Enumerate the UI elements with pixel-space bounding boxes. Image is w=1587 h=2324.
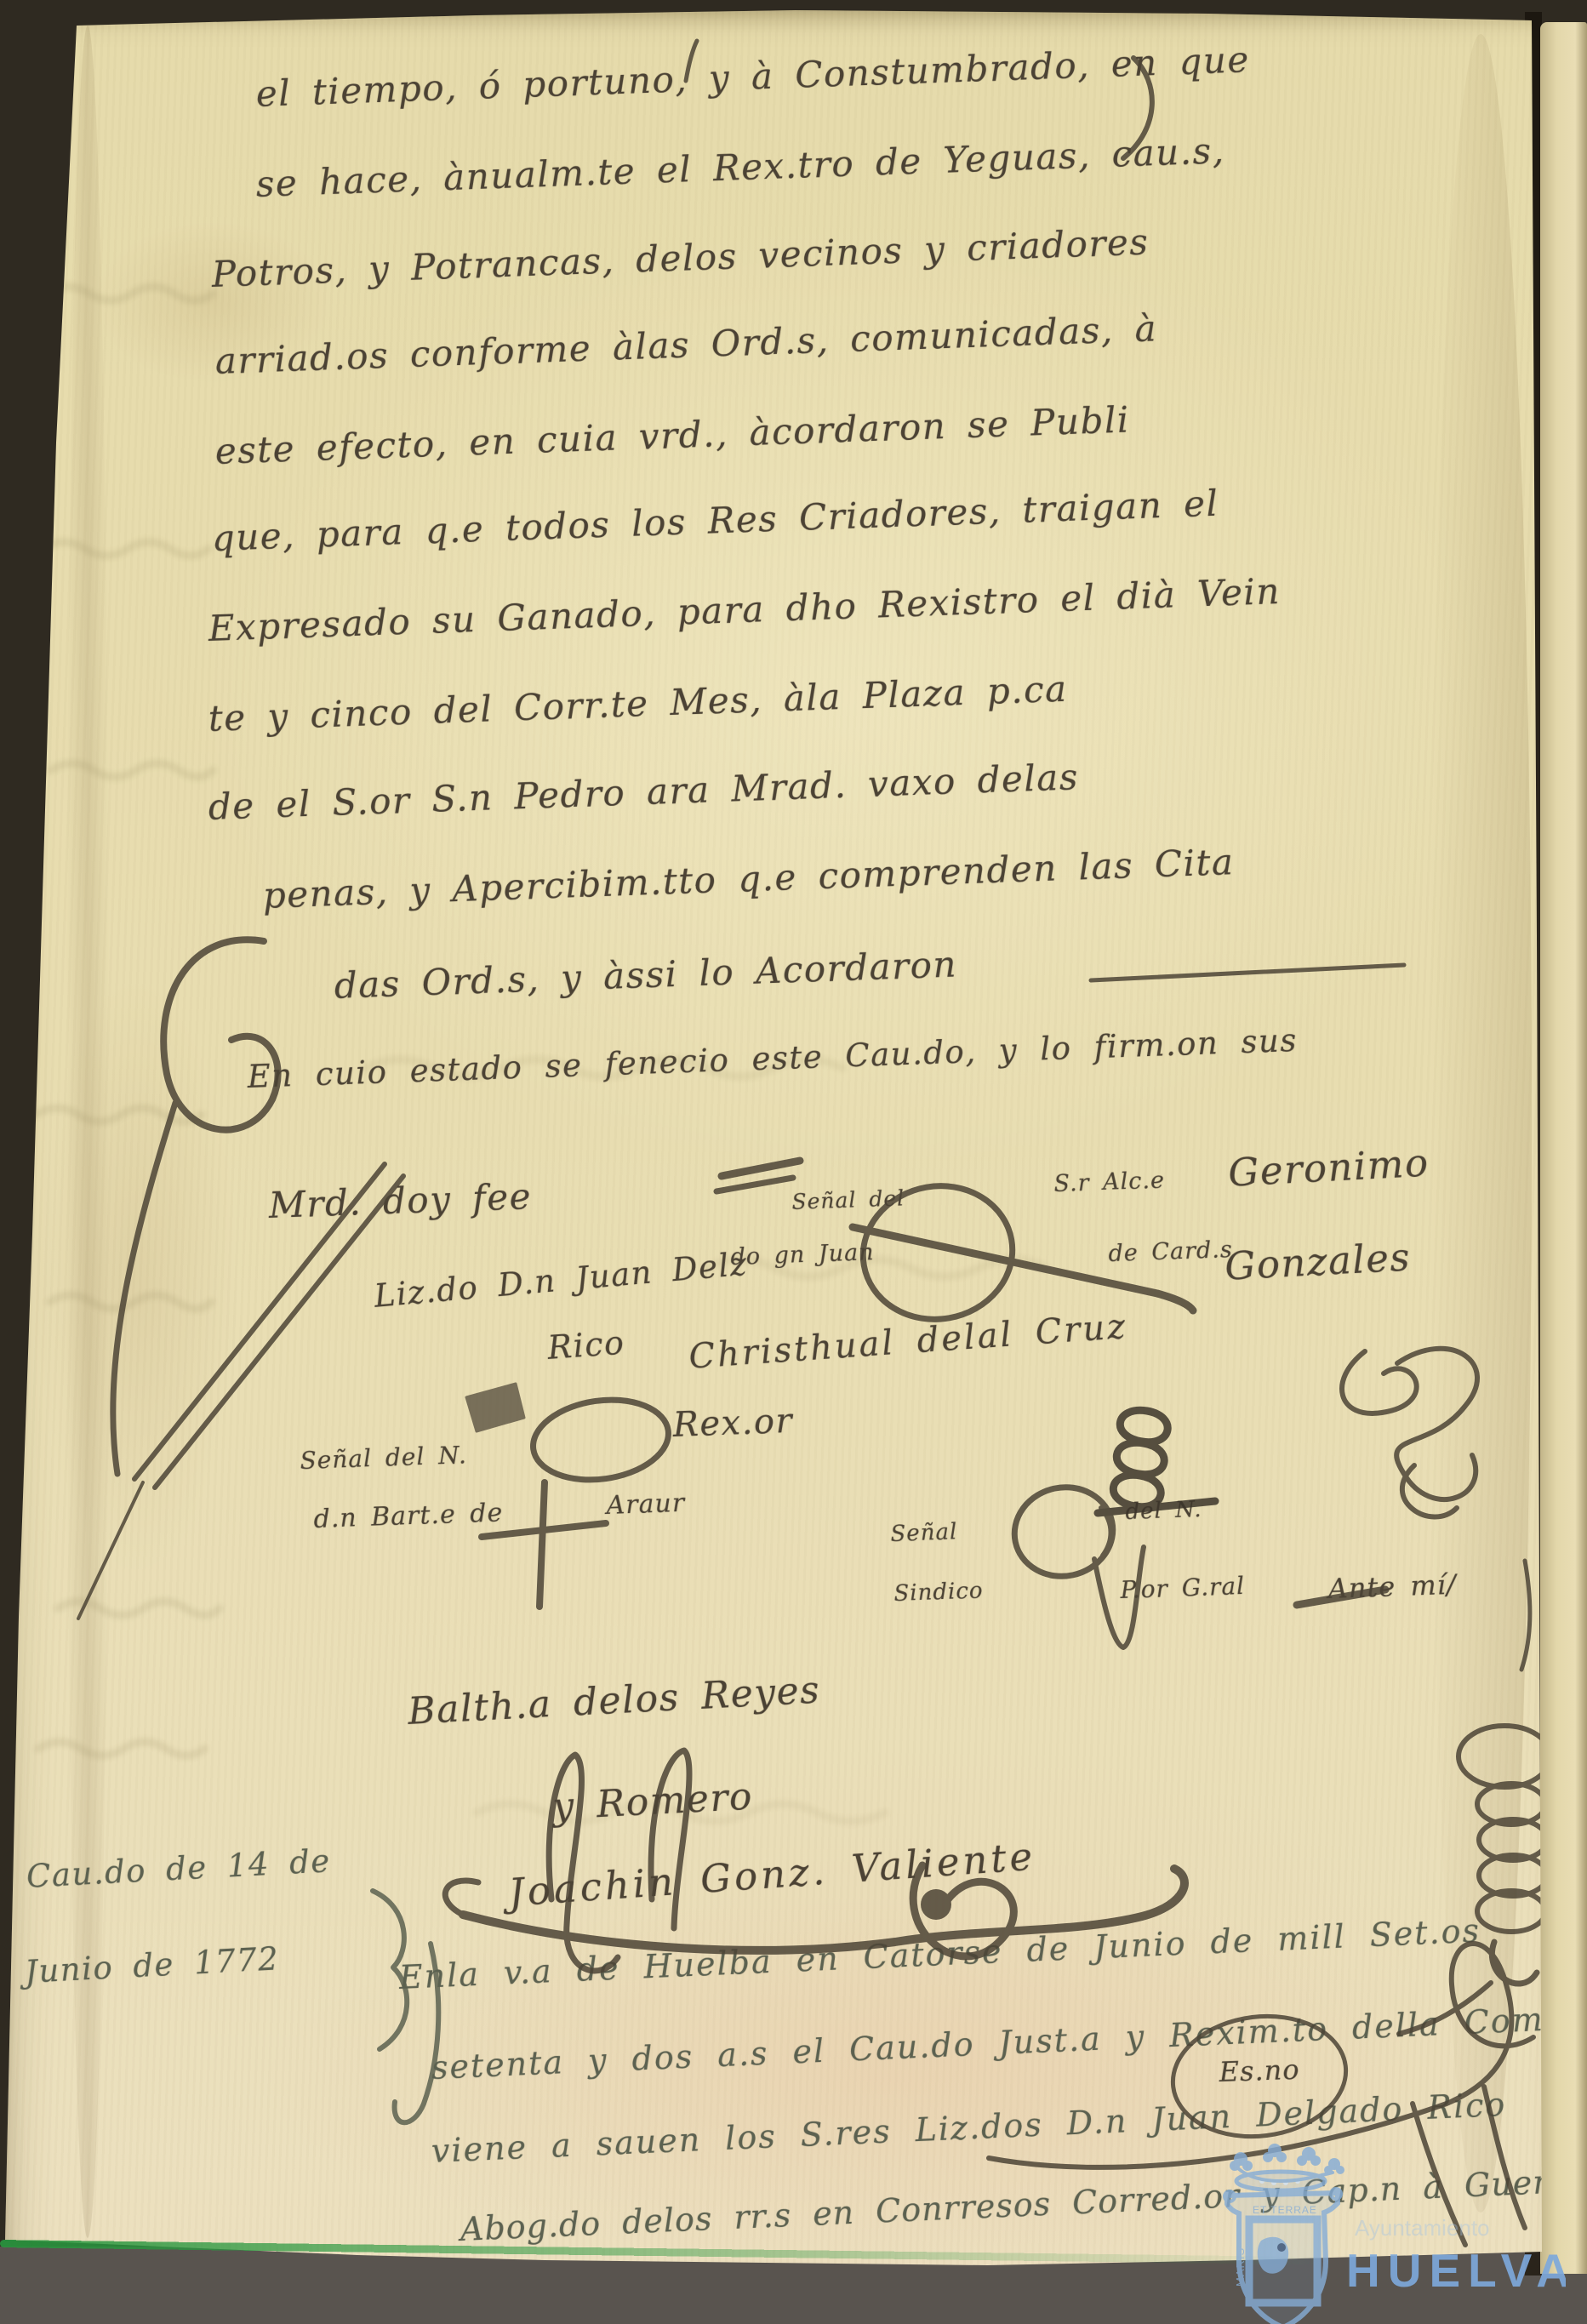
acordaron-dash bbox=[1091, 965, 1404, 980]
escribano-paraph bbox=[989, 1944, 1533, 2245]
adjacent-page-edge bbox=[1540, 22, 1587, 2274]
ante-mi-strokes bbox=[1094, 1547, 1530, 1670]
geronimo-rubric bbox=[1342, 1349, 1477, 1517]
cross-mark bbox=[482, 1482, 606, 1607]
alcalde-oval-rubric bbox=[853, 1174, 1193, 1331]
ink-flourishes bbox=[0, 0, 1587, 2324]
rexor-oval-rubric bbox=[466, 1384, 674, 1488]
fee-dash-rubric bbox=[716, 1161, 800, 1191]
balthasar-flourish bbox=[445, 1865, 1185, 1956]
paraph-e-flourish bbox=[113, 939, 278, 1474]
pen-tick bbox=[686, 41, 1152, 158]
double-slash-stroke bbox=[78, 1164, 403, 1619]
margin-brace bbox=[373, 1891, 438, 2122]
manuscript-page: el tiempo, ó portuno, y à Constumbrado, … bbox=[0, 0, 1587, 2324]
sindico-oval-rubric bbox=[1006, 1478, 1121, 1585]
coil-rubric bbox=[1098, 1410, 1215, 1513]
spring-coil-rubric bbox=[1399, 1726, 1550, 2034]
